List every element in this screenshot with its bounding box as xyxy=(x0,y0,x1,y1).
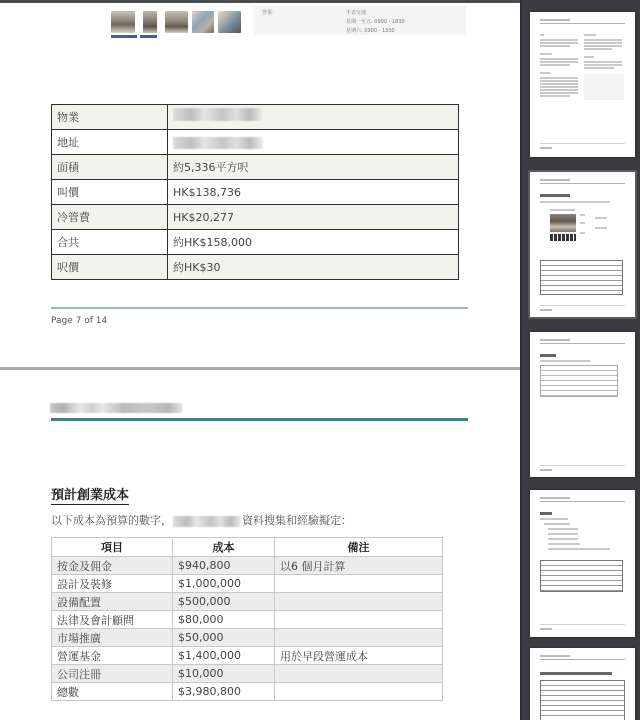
thumb-text-line xyxy=(580,222,585,224)
row-key: 物業 xyxy=(52,105,168,130)
thumb-text-line xyxy=(540,45,570,47)
thumb-text-line xyxy=(548,543,580,545)
thumb-text-line xyxy=(580,214,585,216)
cell-cost: $500,000 xyxy=(173,593,275,611)
cell-item: 設計及裝修 xyxy=(52,575,173,593)
page-thumbnail-9[interactable] xyxy=(530,490,635,637)
thumb-text-line xyxy=(584,45,622,47)
thumb-shaded-block xyxy=(584,74,624,100)
property-info-table: 物業 地址 面積 約5,336平方呎 叫價 HK$138,736 冷管費 xyxy=(51,104,459,280)
thumb-text-line xyxy=(584,42,622,44)
cell-note xyxy=(275,665,443,683)
thumb-text-line xyxy=(548,548,610,550)
thumb-text-line xyxy=(540,518,568,520)
page-thumbnail-7[interactable] xyxy=(530,172,635,317)
thumb-text-line xyxy=(540,72,550,74)
row-key: 冷管費 xyxy=(52,205,168,230)
row-key: 叫價 xyxy=(52,180,168,205)
cell-note: 用於早段營運成本 xyxy=(275,647,443,665)
cell-cost: $10,000 xyxy=(173,665,275,683)
thumb-text-line xyxy=(540,34,544,36)
cell-item: 總數 xyxy=(52,683,173,701)
thumb-table xyxy=(540,560,623,592)
building-photo xyxy=(143,11,157,33)
thumb-header xyxy=(540,19,570,21)
thumb-title xyxy=(540,672,612,675)
thumb-header-rule xyxy=(540,23,625,24)
thumb-text-line xyxy=(540,201,610,203)
thumb-text-line xyxy=(584,34,596,36)
page-7: 營業： 手表交通 星期一至五: 0900 - 1830 星期六: 0900 - … xyxy=(0,3,520,367)
cell-note xyxy=(275,575,443,593)
page-8: 預計創業成本 以下成本為預算的數字，資料搜集和經驗擬定： 項目 成本 備注 按金… xyxy=(0,370,520,720)
thumb-text-line xyxy=(584,48,612,50)
thumb-text-line xyxy=(584,56,594,58)
intro-paragraph: 以下成本為預算的數字，資料搜集和經驗擬定： xyxy=(51,512,352,528)
thumb-text-line xyxy=(540,92,578,94)
thumb-text-line xyxy=(540,77,578,79)
table-row: 設計及裝修 $1,000,000 xyxy=(52,575,443,593)
thumb-image xyxy=(550,234,576,241)
footer-divider xyxy=(51,307,468,309)
thumb-text-line xyxy=(584,64,622,66)
table-row: 設備配置 $500,000 xyxy=(52,593,443,611)
column-header: 備注 xyxy=(275,538,443,557)
hours-line: 星期六: 0900 - 1330 xyxy=(346,27,395,34)
cell-item: 法律及會計顧問 xyxy=(52,611,173,629)
row-key: 呎價 xyxy=(52,255,168,280)
thumb-table xyxy=(540,680,625,720)
cell-item: 市場推廣 xyxy=(52,629,173,647)
table-row: 地址 xyxy=(52,130,459,155)
row-value: HK$20,277 xyxy=(168,205,459,230)
thumb-header xyxy=(540,655,570,657)
section-title: 預計創業成本 xyxy=(51,484,129,505)
cell-item: 營運基金 xyxy=(52,647,173,665)
row-value-redacted xyxy=(168,130,459,155)
thumb-footer xyxy=(540,309,552,311)
cell-note xyxy=(275,683,443,701)
cell-note xyxy=(275,611,443,629)
thumb-header xyxy=(540,179,570,181)
thumb-text-line xyxy=(540,83,578,85)
table-row: 合共 約HK$158,000 xyxy=(52,230,459,255)
page-thumbnail-10[interactable] xyxy=(530,648,635,720)
cell-cost: $80,000 xyxy=(173,611,275,629)
thumb-text-line xyxy=(548,533,578,535)
thumb-text-line xyxy=(595,217,607,219)
thumb-text-line xyxy=(548,538,578,540)
thumb-text-line xyxy=(540,64,570,66)
row-key: 合共 xyxy=(52,230,168,255)
thumb-text-line xyxy=(550,209,575,211)
row-key: 地址 xyxy=(52,130,168,155)
redacted-text xyxy=(173,516,241,527)
cell-note xyxy=(275,629,443,647)
cell-cost: $1,400,000 xyxy=(173,647,275,665)
table-header-row: 項目 成本 備注 xyxy=(52,538,443,557)
interior-photo xyxy=(192,11,214,33)
cell-item: 設備配置 xyxy=(52,593,173,611)
thumb-text-line xyxy=(540,360,590,362)
thumb-footer-rule xyxy=(540,305,625,306)
table-row: 面積 約5,336平方呎 xyxy=(52,155,459,180)
cell-note: 以6 個月計算 xyxy=(275,557,443,575)
thumb-text-line xyxy=(540,80,578,82)
cell-cost: $50,000 xyxy=(173,629,275,647)
hours-line: 星期一至五: 0900 - 1830 xyxy=(346,18,405,25)
redacted-header-text xyxy=(50,403,182,413)
header-divider xyxy=(51,418,468,421)
hours-line: 手表交通 xyxy=(346,9,366,16)
table-row: 法律及會計顧問 $80,000 xyxy=(52,611,443,629)
thumb-text-line xyxy=(540,86,578,88)
row-value: 約HK$30 xyxy=(168,255,459,280)
thumb-table xyxy=(540,260,623,295)
cell-cost: $3,980,800 xyxy=(173,683,275,701)
photo-tag xyxy=(140,35,157,38)
column-header: 項目 xyxy=(52,538,173,557)
thumb-text-line xyxy=(580,232,585,234)
thumb-text-line xyxy=(595,227,607,229)
thumb-text-line xyxy=(584,39,622,41)
column-header: 成本 xyxy=(173,538,275,557)
row-value: 約HK$158,000 xyxy=(168,230,459,255)
thumb-title xyxy=(540,512,552,515)
building-photo xyxy=(165,11,188,33)
thumb-text-line xyxy=(540,95,570,97)
cell-item: 按金及佣金 xyxy=(52,557,173,575)
table-row: 叫價 HK$138,736 xyxy=(52,180,459,205)
row-value: 約5,336平方呎 xyxy=(168,155,459,180)
interior-photo xyxy=(218,11,241,33)
hours-label: 營業： xyxy=(262,9,277,16)
thumb-header-rule xyxy=(540,659,625,660)
startup-cost-table: 項目 成本 備注 按金及佣金 $940,800 以6 個月計算 設計及裝修 $1… xyxy=(51,537,443,701)
table-row: 公司注冊 $10,000 xyxy=(52,665,443,683)
page-thumbnail-sidebar[interactable] xyxy=(520,0,640,720)
thumb-table xyxy=(540,365,618,397)
thumb-text-line xyxy=(540,61,578,63)
thumb-footer-rule xyxy=(540,143,625,144)
intro-text: 以下成本為預算的數字， xyxy=(51,514,172,527)
thumb-text-line xyxy=(540,53,552,55)
thumb-text-line xyxy=(540,42,578,44)
thumb-text-line xyxy=(584,67,614,69)
thumb-header xyxy=(540,497,570,499)
intro-text: 資料搜集和經驗擬定： xyxy=(242,514,352,527)
office-hours-box: 營業： 手表交通 星期一至五: 0900 - 1830 星期六: 0900 - … xyxy=(253,6,466,35)
table-row: 市場推廣 $50,000 xyxy=(52,629,443,647)
thumb-text-line xyxy=(540,39,578,41)
table-row: 呎價 約HK$30 xyxy=(52,255,459,280)
table-row: 按金及佣金 $940,800 以6 個月計算 xyxy=(52,557,443,575)
cell-note xyxy=(275,593,443,611)
photo-tag xyxy=(111,35,137,38)
thumb-text-line xyxy=(540,58,578,60)
cell-cost: $940,800 xyxy=(173,557,275,575)
thumb-header-rule xyxy=(540,501,625,502)
cell-cost: $1,000,000 xyxy=(173,575,275,593)
thumb-header xyxy=(540,339,570,341)
thumb-image xyxy=(550,214,576,232)
thumb-title xyxy=(540,194,570,197)
table-row: 物業 xyxy=(52,105,459,130)
table-row: 冷管費 HK$20,277 xyxy=(52,205,459,230)
thumb-footer xyxy=(540,628,552,630)
redacted-text xyxy=(173,108,263,121)
thumb-footer-rule xyxy=(540,465,625,466)
thumb-text-line xyxy=(540,89,578,91)
table-row-total: 總數 $3,980,800 xyxy=(52,683,443,701)
redacted-text xyxy=(173,137,263,149)
thumb-header-rule xyxy=(540,343,625,344)
page-thumbnail-8[interactable] xyxy=(530,332,635,477)
row-value-redacted xyxy=(168,105,459,130)
row-value: HK$138,736 xyxy=(168,180,459,205)
page-thumbnail-6[interactable] xyxy=(530,12,635,157)
row-key: 面積 xyxy=(52,155,168,180)
thumb-footer-rule xyxy=(540,624,625,625)
cell-item: 公司注冊 xyxy=(52,665,173,683)
thumb-text-line xyxy=(584,61,622,63)
document-viewer[interactable]: 營業： 手表交通 星期一至五: 0900 - 1830 星期六: 0900 - … xyxy=(0,0,520,720)
building-photo xyxy=(111,11,135,33)
thumb-header-rule xyxy=(540,183,625,184)
thumb-footer xyxy=(540,469,552,471)
table-row: 營運基金 $1,400,000 用於早段營運成本 xyxy=(52,647,443,665)
thumb-footer xyxy=(540,147,552,149)
page-number: Page 7 of 14 xyxy=(51,316,107,326)
thumb-text-line xyxy=(548,528,578,530)
thumb-text-line xyxy=(544,523,570,525)
thumb-title xyxy=(540,354,556,357)
